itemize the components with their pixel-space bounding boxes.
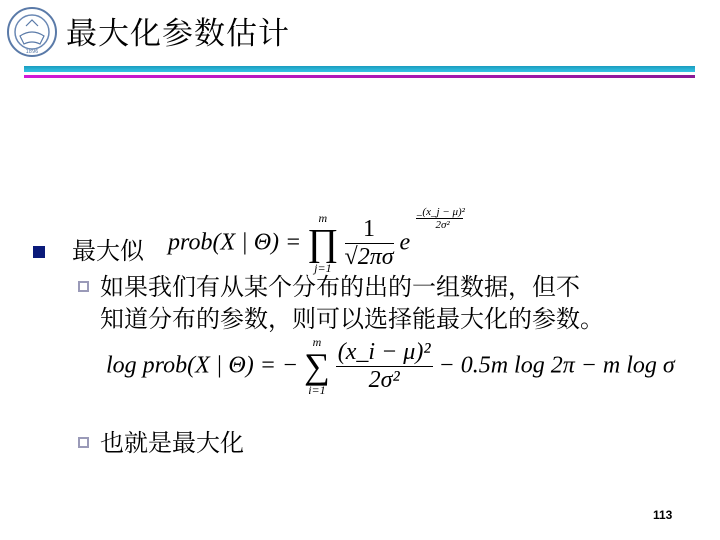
formula-lhs: prob(X | Θ) = <box>168 230 301 256</box>
log-likelihood-formula: log prob(X | Θ) = − m ∑ i=1 (x_i − μ)² 2… <box>106 336 681 396</box>
exponent: − (x_j − μ)² 2σ² <box>416 206 463 231</box>
bullet-text: 最大似 <box>72 236 144 266</box>
product-operator: m ∏ j=1 <box>307 212 338 274</box>
frac-numerator: 1 <box>345 216 394 244</box>
title-rule-bottom <box>24 75 695 78</box>
bullet-square-icon <box>33 246 45 258</box>
hollow-square-icon <box>78 281 89 292</box>
bullet-text: 也就是最大化 <box>100 428 244 458</box>
formula-tail: − 0.5m log 2π − m log σ <box>439 353 675 379</box>
bullet-text-line2: 知道分布的参数，则可以选择能最大化的参数。 <box>100 304 604 334</box>
exp-numerator: (x_j − μ)² <box>416 206 463 219</box>
frac-denominator: √2πσ <box>345 244 394 271</box>
sum-operator: m ∑ i=1 <box>304 336 330 396</box>
frac-numerator: (x_i − μ)² <box>336 339 433 367</box>
likelihood-formula: prob(X | Θ) = m ∏ j=1 1 √2πσ e − (x_j − … <box>168 212 463 274</box>
exp-base: e <box>400 230 411 256</box>
hollow-square-icon <box>78 437 89 448</box>
exp-denominator: 2σ² <box>416 219 463 231</box>
svg-text:1896: 1896 <box>26 49 39 55</box>
formula-lhs: log prob(X | Θ) = − <box>106 353 298 379</box>
title-rule-top <box>24 66 695 72</box>
bullet-text-line1: 如果我们有从某个分布的出的一组数据，但不 <box>100 272 580 302</box>
squared-deviation: (x_i − μ)² 2σ² <box>336 339 433 394</box>
frac-denominator: 2σ² <box>336 367 433 394</box>
page-number: 113 <box>653 508 672 522</box>
university-logo-icon: 1896 <box>6 6 58 58</box>
normal-coefficient: 1 √2πσ <box>345 216 394 271</box>
slide-title: 最大化参数估计 <box>66 14 290 54</box>
